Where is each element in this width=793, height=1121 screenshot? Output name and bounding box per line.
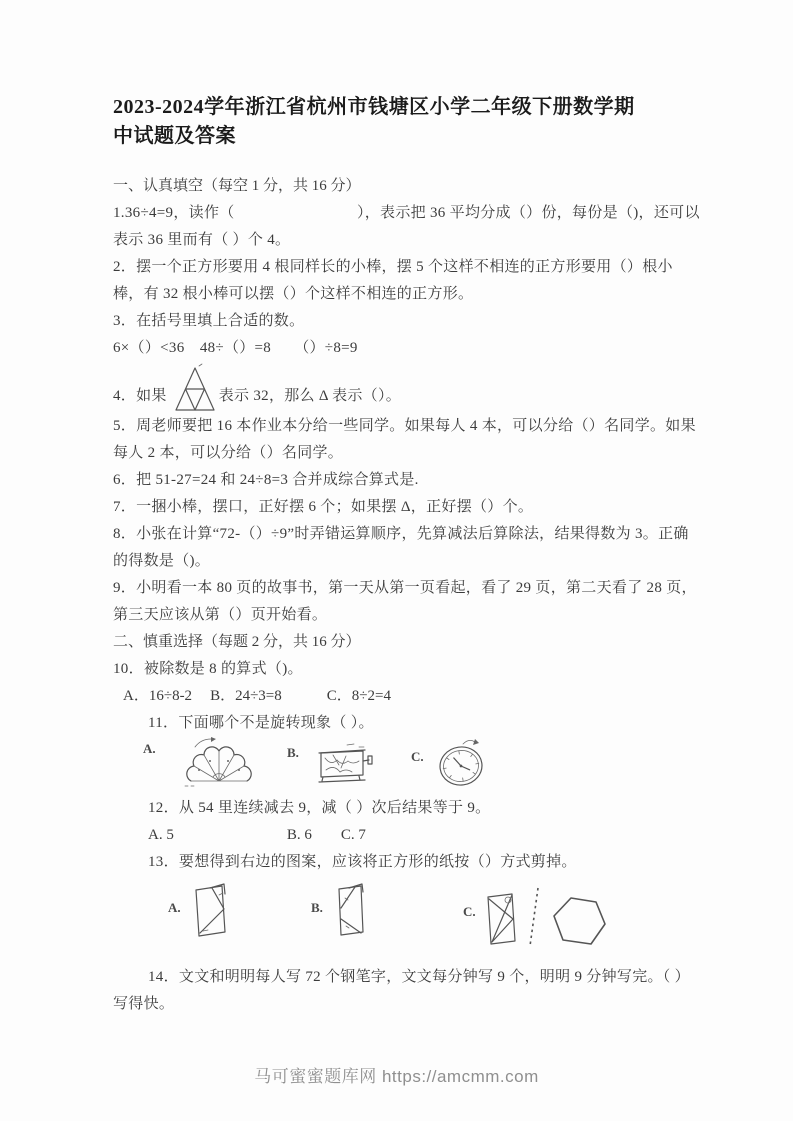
dashed-divider [527, 886, 541, 948]
hexagon-target-figure [551, 894, 609, 948]
option-b: B．24÷3=8 [210, 688, 282, 704]
question-12-options: A. 5B. 6C. 7 [113, 822, 701, 849]
figure-label-b: B. [311, 900, 323, 916]
option-c: C. 7 [341, 827, 366, 843]
question-4-prefix: 4．如果 [113, 383, 167, 410]
option-c: C．8÷2=4 [327, 688, 391, 704]
page-title-line2: 中试题及答案 [113, 125, 236, 147]
question-13-figures: A. B. C. [113, 876, 701, 964]
option-a: A. 5 [148, 827, 174, 843]
page-title: 2023-2024学年浙江省杭州市钱塘区小学二年级下册数学期 中试题及答案 [113, 93, 701, 151]
question-4-suffix: 表示 32，那么 Δ 表示（）。 [219, 383, 401, 410]
paper-cut-figure-c [481, 888, 519, 948]
question-10-options: A．16÷8-2B．24÷3=8C．8÷2=4 [113, 683, 701, 710]
figure-label-a: A. [143, 741, 156, 757]
question-14: 14．文文和明明每人写 72 个钢笔字，文文每分钟写 9 个，明明 9 分钟写完… [113, 964, 701, 1018]
question-6: 6．把 51-27=24 和 24÷8=3 合并成综合算式是. [113, 467, 701, 494]
question-4: 4．如果 表示 32，那么 Δ 表示（）。 [113, 362, 701, 410]
question-9: 9．小明看一本 80 页的故事书，第一天从第一页看起，看了 29 页，第二天看了… [113, 575, 701, 629]
paper-cut-figure-a [191, 882, 231, 940]
question-3: 3．在括号里填上合适的数。 [113, 308, 701, 335]
question-2: 2．摆一个正方形要用 4 根同样长的小棒，摆 5 个这样不相连的正方形要用（）根… [113, 254, 701, 308]
question-11: 11．下面哪个不是旋转现象（ ）。 [113, 710, 701, 737]
pencil-sharpener-figure [313, 743, 373, 787]
question-12: 12．从 54 里连续减去 9，减（ ）次后结果等于 9。 [113, 795, 701, 822]
section-2-heading: 二、慎重选择（每题 2 分，共 16 分） [113, 629, 701, 656]
folding-fan-figure [183, 737, 253, 787]
question-5: 5．周老师要把 16 本作业本分给一些同学。如果每人 4 本，可以分给（）名同学… [113, 413, 701, 467]
section-1-heading: 一、认真填空（每空 1 分，共 16 分） [113, 173, 701, 200]
option-a: A．16÷8-2 [123, 688, 192, 704]
figure-label-b: B. [287, 745, 299, 761]
question-3-equations: 6×（）<36 48÷（）=8 （）÷8=9 [113, 335, 701, 362]
figure-label-c: C. [411, 749, 424, 765]
page-title-line1: 2023-2024学年浙江省杭州市钱塘区小学二年级下册数学期 [113, 96, 635, 118]
option-b: B. 6 [287, 827, 312, 843]
site-footer: 马可蜜蜜题库网 https://amcmm.com [0, 1062, 793, 1087]
clock-figure [435, 737, 487, 789]
question-13: 13．要想得到右边的图案，应该将正方形的纸按（）方式剪掉。 [113, 849, 701, 876]
question-7: 7．一捆小棒，摆口，正好摆 6 个；如果摆 Δ，正好摆（）个。 [113, 494, 701, 521]
figure-label-a: A. [168, 900, 181, 916]
question-11-figures: A. B. C. [113, 737, 701, 795]
question-8: 8．小张在计算“72-（）÷9”时弄错运算顺序，先算减法后算除法，结果得数为 3… [113, 521, 701, 575]
triangle-figure [173, 364, 217, 412]
question-10: 10．被除数是 8 的算式（)。 [113, 656, 701, 683]
exam-paper-page: 2023-2024学年浙江省杭州市钱塘区小学二年级下册数学期 中试题及答案 一、… [0, 0, 793, 1121]
figure-label-c: C. [463, 904, 476, 920]
paper-cut-figure-b [332, 882, 368, 939]
question-1: 1.36÷4=9，读作（ ），表示把 36 平均分成（）份，每份是（)，还可以表… [113, 200, 701, 254]
